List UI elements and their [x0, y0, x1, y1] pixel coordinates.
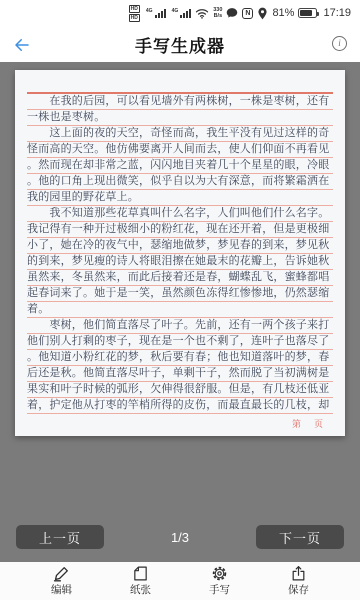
network-speed-indicator: 330 B/s	[213, 7, 222, 19]
toolbar-label: 手写	[209, 582, 230, 597]
status-bar: HD HD 4G 4G 330 B/s N 81%	[0, 0, 360, 26]
handwriting-line: 。然而现在却非常之蓝，闪闪地目夹着几十个星星的眼，冷眼	[27, 158, 333, 174]
toolbar-item-save[interactable]: 保存	[288, 565, 309, 597]
prev-page-button[interactable]: 上一页	[16, 525, 104, 549]
paper-sheet-icon	[132, 565, 149, 582]
back-arrow-icon	[12, 36, 32, 54]
ruled-lines: 在我的后园，可以看见墙外有两株树，一株是枣树，还有 一株也是枣树。 这上面的夜的…	[27, 92, 333, 414]
app-screen: HD HD 4G 4G 330 B/s N 81%	[0, 0, 360, 600]
handwriting-paper-preview: 在我的后园，可以看见墙外有两株树，一株是枣树，还有 一株也是枣树。 这上面的夜的…	[15, 70, 345, 436]
next-page-button[interactable]: 下一页	[256, 525, 344, 549]
toolbar-label: 保存	[288, 582, 309, 597]
hd-badge: HD	[129, 14, 140, 22]
app-header: 手写生成器 i	[0, 26, 360, 62]
signal-strength-icon-2: 4G	[172, 9, 192, 18]
handwriting-line: 起春词来了。她于是一笑，虽然颜色冻得红惨惨地，仍然瑟缩	[27, 286, 333, 302]
page-title: 手写生成器	[135, 32, 225, 57]
signal-strength-icon: 4G	[146, 9, 166, 18]
handwriting-line: 这上面的夜的天空，奇怪而高，我生平没有见过这样的奇	[27, 126, 333, 142]
nfc-icon: N	[242, 8, 253, 19]
edit-pencil-icon	[52, 565, 71, 582]
info-icon[interactable]: i	[332, 36, 347, 51]
location-pin-icon	[257, 7, 268, 20]
toolbar-label: 编辑	[51, 582, 72, 597]
clock-text: 17:19	[323, 7, 351, 19]
handwriting-line: 我的园里的野花草上。	[27, 190, 333, 206]
content-area: 在我的后园，可以看见墙外有两株树，一株是枣树，还有 一株也是枣树。 这上面的夜的…	[0, 62, 360, 562]
handwriting-line: 我不知道那些花草真叫什么名字，人们叫他们什么名字。	[27, 206, 333, 222]
battery-percent-text: 81%	[272, 7, 294, 19]
page-navigation: 1/3 上一页 下一页	[0, 525, 360, 549]
handwriting-line: 他们别人打剩的枣子，现在是一个也不剩了，连叶子也落尽了	[27, 334, 333, 350]
handwriting-settings-gear-icon	[211, 565, 228, 582]
handwriting-line: 的到来，梦见瘦的诗人将眼泪擦在她最末的花瓣上，告诉她秋	[27, 254, 333, 270]
handwriting-line: 果实和叶子时候的弧形，欠伸得很舒服。但是，有几枝还低亚	[27, 382, 333, 398]
toolbar-item-handwriting[interactable]: 手写	[209, 565, 230, 597]
wifi-icon	[195, 8, 209, 19]
bottom-toolbar: 编辑 纸张 手写	[0, 562, 360, 600]
handwriting-line: 枣树，他们简直落尽了叶子。先前，还有一两个孩子来打	[27, 318, 333, 334]
handwriting-line: 着。	[27, 302, 333, 318]
back-button[interactable]	[10, 33, 34, 57]
handwriting-line: 在我的后园，可以看见墙外有两株树，一株是枣树，还有	[27, 94, 333, 110]
battery-icon	[298, 8, 317, 18]
toolbar-item-edit[interactable]: 编辑	[51, 565, 72, 597]
message-bubble-icon	[226, 7, 238, 19]
toolbar-label: 纸张	[130, 582, 151, 597]
toolbar-item-paper[interactable]: 纸张	[130, 565, 151, 597]
handwriting-line: 。他的口角上现出微笑，似乎自以为大有深意，而将繁霜洒在	[27, 174, 333, 190]
hd-badge: HD	[129, 5, 140, 13]
save-share-icon	[290, 565, 307, 582]
handwriting-line: 着，护定他从打枣的竿梢所得的皮伤，而最直最长的几枝，却	[27, 398, 333, 414]
handwriting-line: 一株也是枣树。	[27, 110, 333, 126]
handwriting-line: 。他知道小粉红花的梦，秋后要有春；他也知道落叶的梦，春	[27, 350, 333, 366]
handwriting-line: 怪而高的天空。他仿佛要离开人间而去，使人们仰面不再看见	[27, 142, 333, 158]
handwriting-line: 虽然来，冬虽然来，而此后接着还是春，蝴蝶乱飞，蜜蜂都唱	[27, 270, 333, 286]
volte-hd-icon: HD HD	[129, 5, 140, 22]
handwriting-line: 我记得有一种开过极细小的粉红花，现在还开着，但是更极细	[27, 222, 333, 238]
paper-page-footer: 第 页	[15, 414, 345, 430]
handwriting-line: 后还是秋。他简直落尽叶子，单剩干子，然而脱了当初满树是	[27, 366, 333, 382]
handwriting-line: 小了，她在冷的夜气中，瑟缩地做梦，梦见春的到来，梦见秋	[27, 238, 333, 254]
